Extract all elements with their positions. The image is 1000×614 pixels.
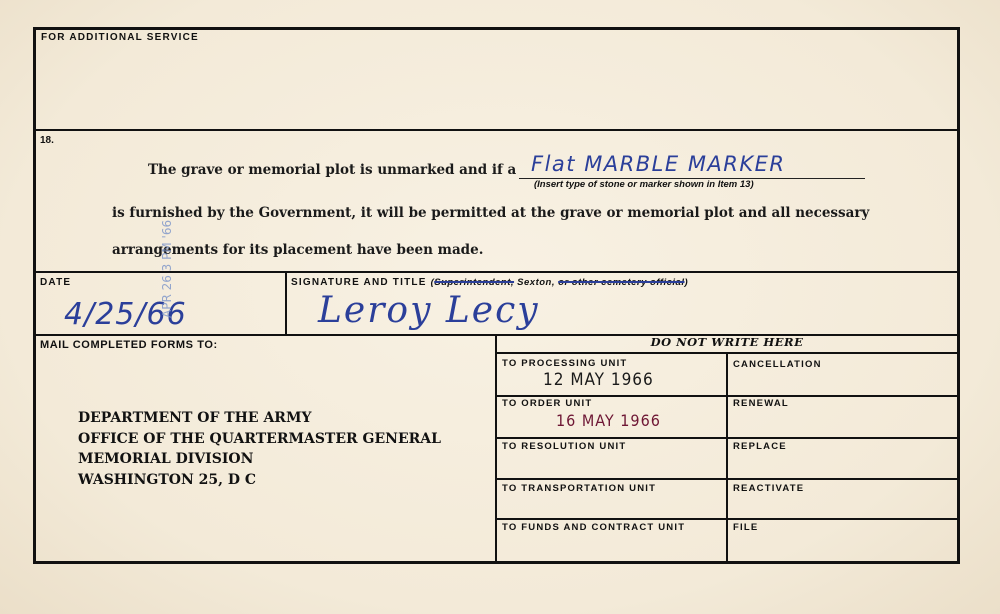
signature-label: SIGNATURE AND TITLE (Superintendent, Sex… [291,277,688,288]
renewal-label: RENEWAL [733,398,789,409]
hint-sexton: Sexton, [514,277,558,288]
item18-line2-text: is furnished by the Government, it will … [112,205,869,221]
processing-unit-label: TO PROCESSING UNIT [502,358,627,369]
signature-field[interactable]: Leroy Lecy [318,290,540,331]
replace-label: REPLACE [733,441,787,452]
order-unit-label: TO ORDER UNIT [502,398,592,409]
hint-cemetery-official-struck: or other cemetery official [558,277,684,288]
divider-office-row [495,395,957,397]
date-label: DATE [40,277,71,288]
divider-mail-office [495,334,497,561]
address-line: OFFICE OF THE QUARTERMASTER GENERAL [78,429,441,450]
marker-type-field[interactable]: Flat MARBLE MARKER [531,152,786,176]
additional-service-label: FOR ADDITIONAL SERVICE [41,32,199,43]
reactivate-label: REACTIVATE [733,483,804,494]
divider-office-header [495,352,957,354]
item18-line1-text: The grave or memorial plot is unmarked a… [148,162,516,178]
hint-superintendent-struck: Superintendent, [434,277,514,288]
order-unit-stamp: 16 MAY 1966 [556,411,661,430]
transportation-unit-label: TO TRANSPORTATION UNIT [502,483,656,494]
divider-office-row [495,518,957,520]
received-stamp: APR 26 3 PM '66 [160,220,174,318]
address-line: DEPARTMENT OF THE ARMY [78,408,441,429]
signature-label-text: SIGNATURE AND TITLE [291,277,427,288]
office-use-header: DO NOT WRITE HERE [497,335,957,349]
signature-hint: (Superintendent, Sexton, or other cemete… [431,277,689,288]
divider-date-signature-vertical [285,271,287,335]
resolution-unit-label: TO RESOLUTION UNIT [502,441,626,452]
divider-office-row [495,437,957,439]
cancellation-label: CANCELLATION [733,359,822,370]
processing-unit-stamp: 12 MAY 1966 [543,370,654,390]
mail-to-address: DEPARTMENT OF THE ARMY OFFICE OF THE QUA… [78,408,441,490]
address-line: WASHINGTON 25, D C [78,470,441,491]
divider-additional-service [33,129,957,131]
divider-office-columns [726,353,728,561]
divider-office-row [495,478,957,480]
funds-contract-unit-label: TO FUNDS AND CONTRACT UNIT [502,522,685,533]
file-label: FILE [733,522,758,533]
marker-type-hint: (Insert type of stone or marker shown in… [534,179,754,190]
additional-service-field[interactable] [42,46,952,126]
mail-to-label: MAIL COMPLETED FORMS TO: [40,339,218,351]
hint-paren-close: ) [684,277,688,288]
address-line: MEMORIAL DIVISION [78,449,441,470]
item-number: 18. [40,135,54,146]
